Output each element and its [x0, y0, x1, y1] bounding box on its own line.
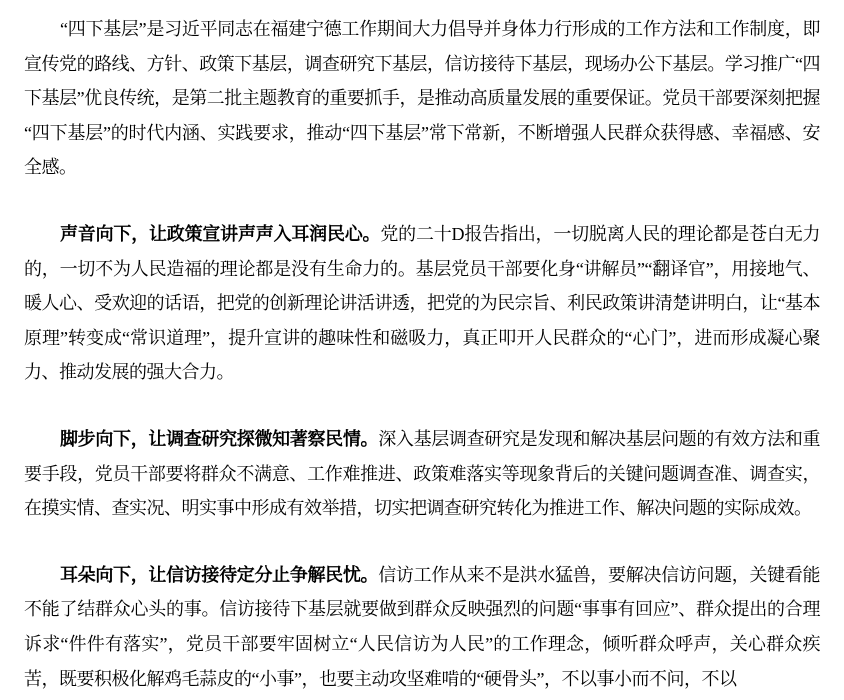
paragraph-3-lead: 脚步向下，让调查研究探微知著察民情。 — [60, 429, 378, 449]
paragraph-2: 声音向下，让政策宣讲声声入耳润民心。党的二十D报告指出，一切脱离人民的理论都是苍… — [24, 217, 820, 390]
paragraph-2-body: 党的二十D报告指出，一切脱离人民的理论都是苍白无力的，一切不为人民造福的理论都是… — [24, 224, 820, 382]
paragraph-3: 脚步向下，让调查研究探微知著察民情。深入基层调查研究是发现和解决基层问题的有效方… — [24, 422, 820, 526]
paragraph-2-lead: 声音向下，让政策宣讲声声入耳润民心。 — [60, 224, 380, 244]
paragraph-1-body: “四下基层”是习近平同志在福建宁德工作期间大力倡导并身体力行形成的工作方法和工作… — [24, 19, 820, 177]
paragraph-4: 耳朵向下，让信访接待定分止争解民忧。信访工作从来不是洪水猛兽，要解决信访问题，关… — [24, 558, 820, 696]
paragraph-4-lead: 耳朵向下，让信访接待定分止争解民忧。 — [60, 565, 378, 585]
paragraph-1: “四下基层”是习近平同志在福建宁德工作期间大力倡导并身体力行形成的工作方法和工作… — [24, 12, 820, 185]
document-page: “四下基层”是习近平同志在福建宁德工作期间大力倡导并身体力行形成的工作方法和工作… — [0, 0, 844, 700]
